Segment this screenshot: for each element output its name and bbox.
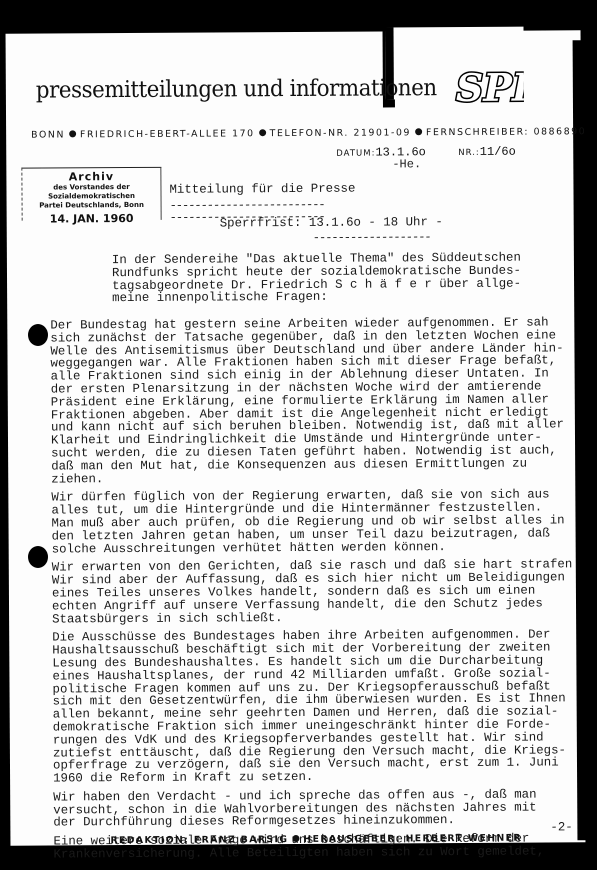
- embargo-line: Sperrfrist: 13.1.6o - 18 Uhr -: [220, 215, 443, 230]
- number-value: 11/6o: [480, 145, 516, 159]
- notice-title: Mitteilung für die Presse: [169, 182, 355, 197]
- body-text: Der Bundestag hat gestern seine Arbeiten…: [50, 316, 583, 867]
- stamp-line-1: des Vorstandes der Sozialdemokratischen: [22, 183, 160, 202]
- number-field: NR.:11/6o: [458, 145, 516, 159]
- intro-paragraph: In der Sendereihe "Das aktuelle Thema" d…: [112, 251, 582, 305]
- paragraph-5: Wir haben den Verdacht - und ich spreche…: [53, 788, 583, 830]
- stamp-line-2: Partei Deutschlands, Bonn: [23, 201, 161, 211]
- date-label: DATUM:: [336, 149, 375, 159]
- paragraph-4: Die Ausschüsse des Bundestages haben ihr…: [52, 629, 583, 786]
- masthead-title: pressemitteilungen und informationen: [36, 75, 437, 103]
- address-street: FRIEDRICH-EBERT-ALLEE 170: [80, 128, 255, 140]
- bullet-icon: [259, 129, 266, 136]
- spd-logo-icon: SPD: [454, 61, 524, 111]
- paragraph-1: Der Bundestag hat gestern seine Arbeiten…: [50, 316, 581, 486]
- footer-publisher: HERAUSGEBER: HERBERT WEHNER: [303, 833, 522, 845]
- address-line: BONNFRIEDRICH-EBERT-ALLEE 170TELEFON-NR.…: [31, 126, 586, 140]
- bullet-icon: [292, 835, 299, 842]
- embargo-underline: -------------------: [313, 230, 431, 245]
- initials: -He.: [392, 157, 421, 171]
- punch-hole-icon: [28, 324, 48, 346]
- address-telex: FERNSCHREIBER: 0886890: [426, 126, 586, 138]
- svg-text:SPD: SPD: [456, 64, 524, 110]
- bullet-icon: [69, 130, 76, 137]
- paragraph-3: Wir erwarten von den Gerichten, daß sie …: [52, 559, 582, 626]
- archive-stamp: Archiv des Vorstandes der Sozialdemokrat…: [21, 167, 161, 221]
- stamp-date: 14. JAN. 1960: [23, 212, 161, 226]
- address-phone: TELEFON-NR. 21901-09: [270, 127, 411, 139]
- bullet-icon: [415, 128, 422, 135]
- punch-hole-icon: [28, 546, 48, 568]
- number-label: NR.:: [458, 148, 480, 158]
- stamp-title: Archiv: [22, 170, 160, 184]
- page-marker: -2-: [550, 820, 572, 834]
- footer-editor: REDAKTION: FRANZ BARSIG: [110, 834, 288, 846]
- paragraph-2: Wir dürfen füglich von der Regierung erw…: [51, 489, 581, 556]
- address-city: BONN: [31, 129, 65, 140]
- press-release-page: pressemitteilungen und informationen SPD…: [6, 30, 586, 845]
